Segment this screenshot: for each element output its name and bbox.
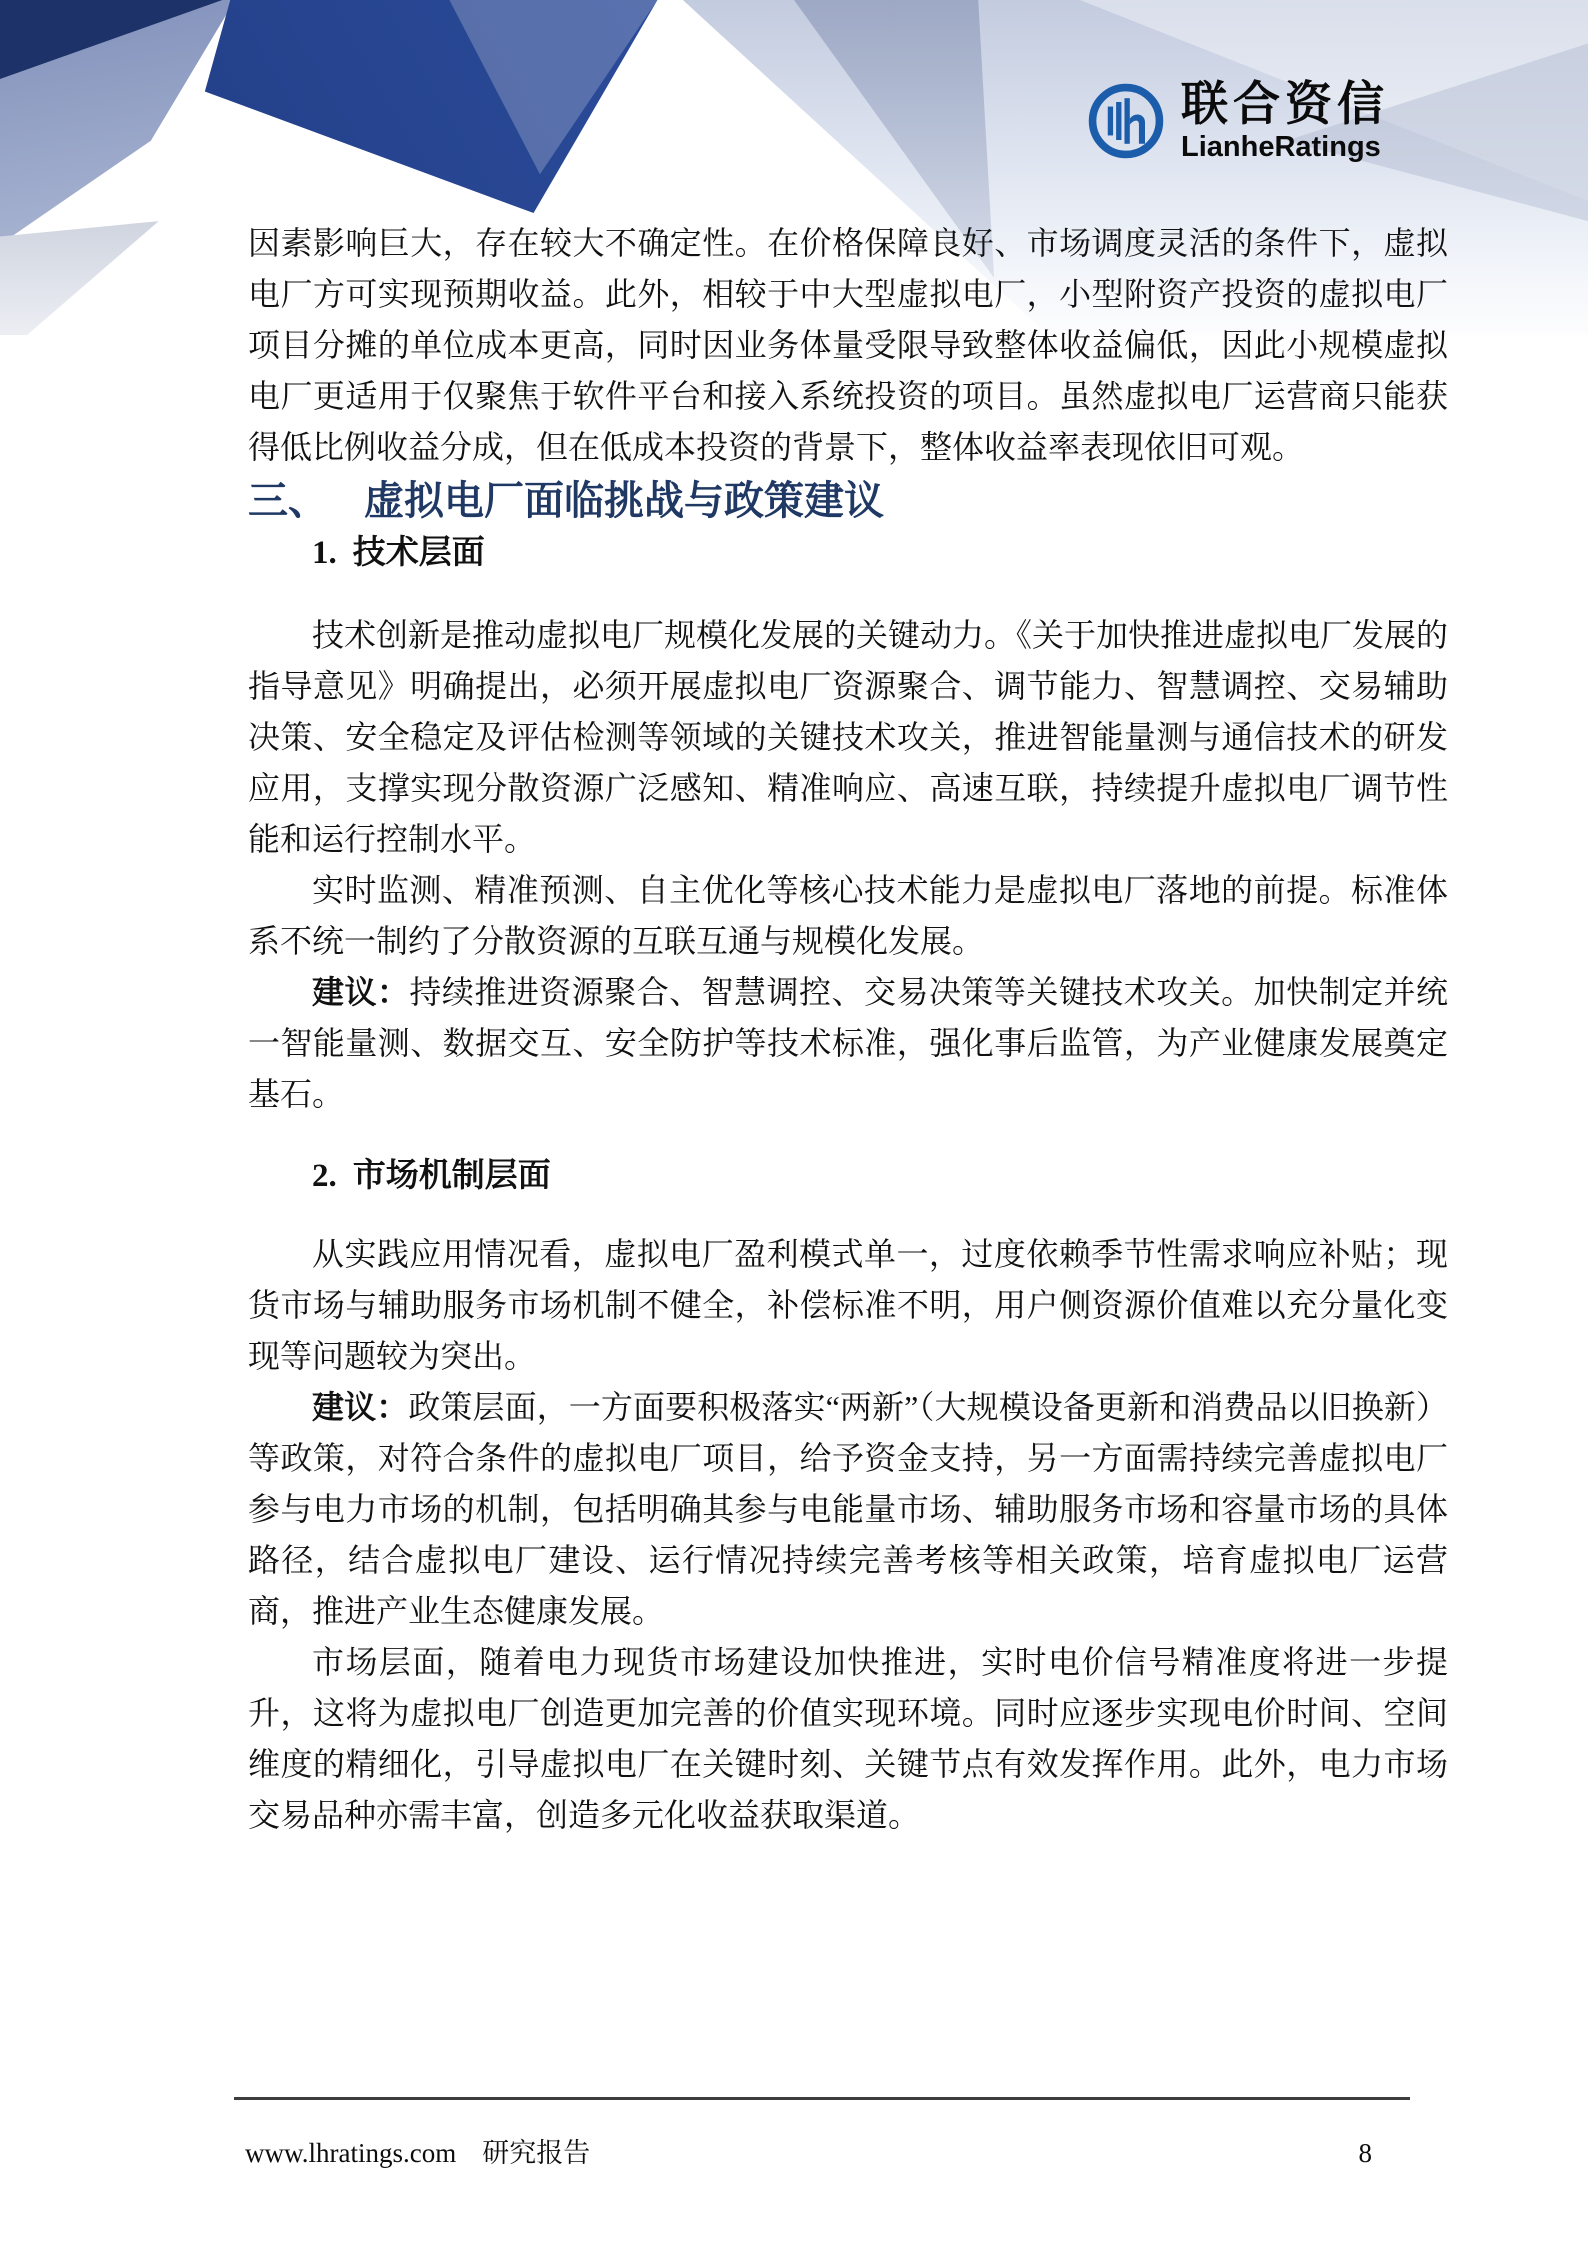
suggestion-text-1: 持续推进资源聚合、智慧调控、交易决策等关键技术攻关。加快制定并统一智能量测、数据…	[248, 974, 1448, 1112]
subsection-2-title: 市场机制层面	[353, 1158, 551, 1194]
footer-website: www.lhratings.com	[245, 2138, 456, 2168]
footer-info: www.lhratings.com研究报告	[245, 2136, 590, 2170]
document-page: 联合资信 LianheRatings 因素影响巨大，存在较大不确定性。在价格保障…	[0, 0, 1588, 2245]
section-title: 虚拟电厂面临挑战与政策建议	[364, 479, 884, 523]
document-body: 因素影响巨大，存在较大不确定性。在价格保障良好、市场调度灵活的条件下，虚拟电厂方…	[0, 0, 1588, 1841]
subsection-heading-1: 1.技术层面	[248, 529, 1448, 578]
subsection-heading-2: 2.市场机制层面	[248, 1152, 1448, 1201]
subsection-1-number: 1.	[312, 529, 337, 578]
suggestion-label-1: 建议：	[312, 974, 409, 1010]
page-number: 8	[1359, 2136, 1373, 2170]
suggestion-text-2: 政策层面，一方面要积极落实“两新”（大规模设备更新和消费品以旧换新）等政策，对符…	[248, 1389, 1448, 1629]
suggestion-label-2: 建议：	[312, 1389, 408, 1425]
subsection-1-title: 技术层面	[353, 535, 485, 571]
section-number: 三、	[248, 473, 364, 529]
footer-report-label: 研究报告	[482, 2138, 590, 2168]
paragraph-market-suggestion: 建议：政策层面，一方面要积极落实“两新”（大规模设备更新和消费品以旧换新）等政策…	[248, 1382, 1448, 1637]
section-heading: 三、虚拟电厂面临挑战与政策建议	[248, 473, 1448, 529]
paragraph-tech-innovation: 技术创新是推动虚拟电厂规模化发展的关键动力。《关于加快推进虚拟电厂发展的指导意见…	[248, 610, 1448, 865]
footer-divider	[234, 2097, 1410, 2100]
paragraph-tech-capability: 实时监测、精准预测、自主优化等核心技术能力是虚拟电厂落地的前提。标准体系不统一制…	[248, 865, 1448, 967]
subsection-2-number: 2.	[312, 1152, 337, 1201]
paragraph-continuation: 因素影响巨大，存在较大不确定性。在价格保障良好、市场调度灵活的条件下，虚拟电厂方…	[248, 218, 1448, 473]
paragraph-tech-suggestion: 建议：持续推进资源聚合、智慧调控、交易决策等关键技术攻关。加快制定并统一智能量测…	[248, 967, 1448, 1120]
paragraph-market-practice: 从实践应用情况看，虚拟电厂盈利模式单一，过度依赖季节性需求响应补贴；现货市场与辅…	[248, 1229, 1448, 1382]
paragraph-market-level: 市场层面，随着电力现货市场建设加快推进，实时电价信号精准度将进一步提升，这将为虚…	[248, 1637, 1448, 1841]
